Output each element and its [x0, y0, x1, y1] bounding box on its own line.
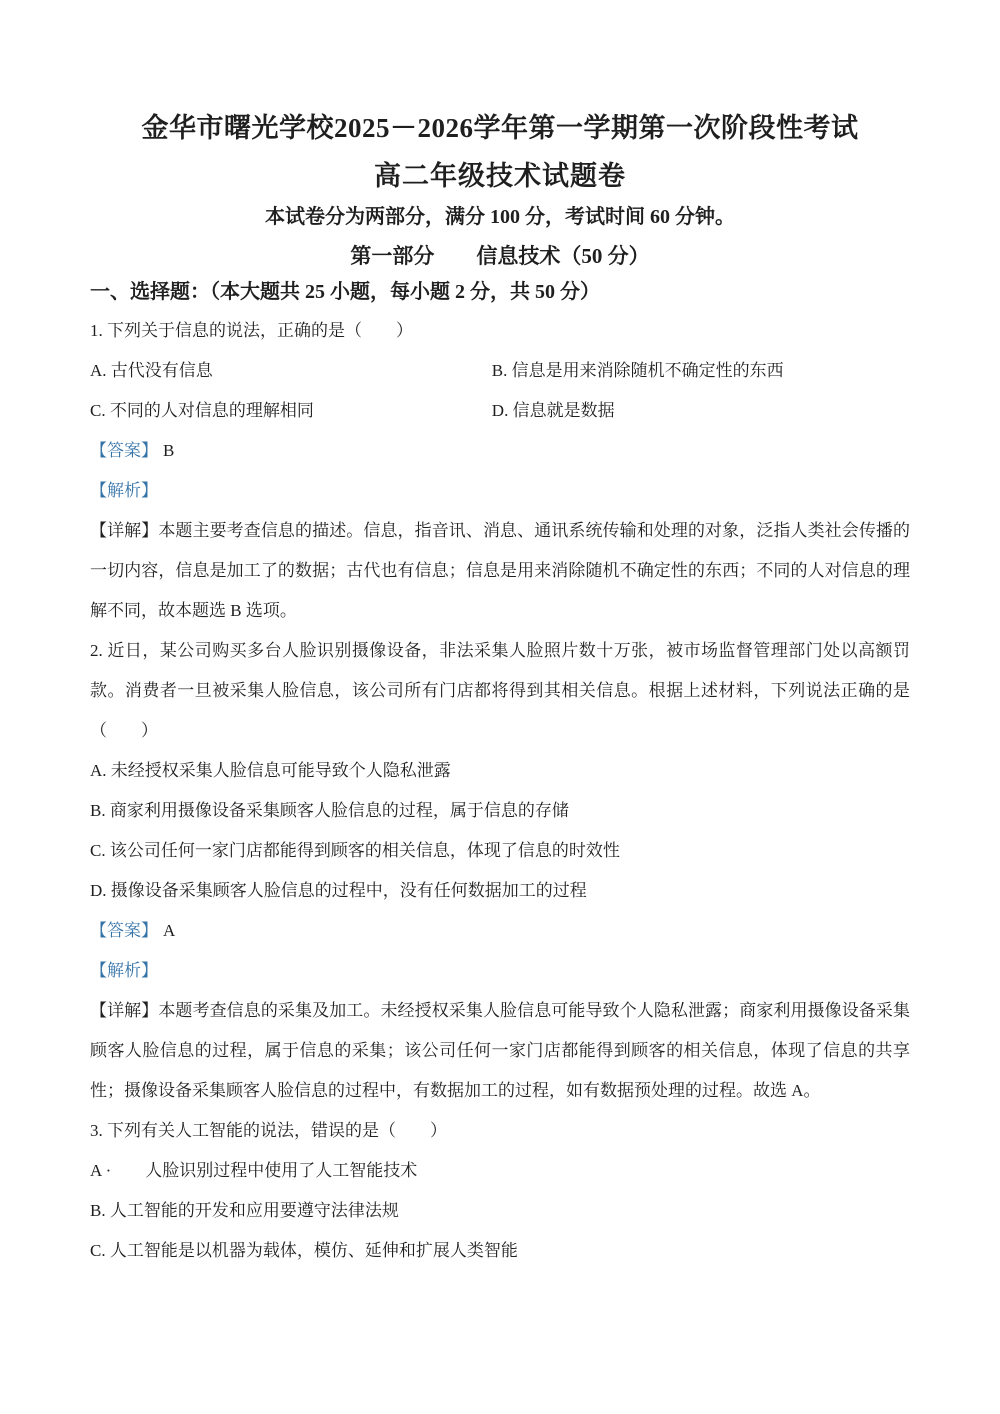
analysis-line: 【解析】 — [90, 471, 910, 511]
option-item: B. 人工智能的开发和应用要遵守法律法规 — [90, 1191, 910, 1231]
answer-label: 【答案】 — [90, 441, 158, 460]
option-item: D. 信息就是数据 — [492, 391, 910, 431]
option-item: D. 摄像设备采集顾客人脸信息的过程中，没有任何数据加工的过程 — [90, 871, 910, 911]
option-item: C. 不同的人对信息的理解相同 — [90, 391, 492, 431]
exam-title: 金华市曙光学校2025－2026学年第一学期第一次阶段性考试 — [90, 110, 910, 146]
question-block: 1. 下列关于信息的说法，正确的是（ ）A. 古代没有信息B. 信息是用来消除随… — [90, 311, 910, 631]
option-item: B. 商家利用摄像设备采集顾客人脸信息的过程，属于信息的存储 — [90, 791, 910, 831]
analysis-label: 【解析】 — [90, 481, 158, 500]
analysis-line: 【解析】 — [90, 951, 910, 991]
option-list: A · 人脸识别过程中使用了人工智能技术B. 人工智能的开发和应用要遵守法律法规… — [90, 1151, 910, 1271]
answer-line: 【答案】B — [90, 431, 910, 471]
exam-paper-page: 金华市曙光学校2025－2026学年第一学期第一次阶段性考试 高二年级技术试题卷… — [0, 0, 1000, 1414]
option-item: B. 信息是用来消除随机不确定性的东西 — [492, 351, 910, 391]
answer-line: 【答案】A — [90, 911, 910, 951]
question-stem: 2. 近日，某公司购买多台人脸识别摄像设备，非法采集人脸照片数十万张，被市场监督… — [90, 631, 910, 751]
exam-subtitle: 高二年级技术试题卷 — [90, 158, 910, 194]
question-stem: 1. 下列关于信息的说法，正确的是（ ） — [90, 311, 910, 351]
section-instruction: 一、选择题：（本大题共 25 小题，每小题 2 分，共 50 分） — [90, 277, 910, 307]
option-item: C. 人工智能是以机器为载体，模仿、延伸和扩展人类智能 — [90, 1231, 910, 1271]
detail-paragraph: 【详解】本题主要考查信息的描述。信息，指音讯、消息、通讯系统传输和处理的对象，泛… — [90, 511, 910, 631]
answer-label: 【答案】 — [90, 921, 158, 940]
question-stem: 3. 下列有关人工智能的说法，错误的是（ ） — [90, 1111, 910, 1151]
question-block: 2. 近日，某公司购买多台人脸识别摄像设备，非法采集人脸照片数十万张，被市场监督… — [90, 631, 910, 1111]
question-list: 1. 下列关于信息的说法，正确的是（ ）A. 古代没有信息B. 信息是用来消除随… — [90, 311, 910, 1271]
section-heading: 第一部分 信息技术（50 分） — [90, 241, 910, 271]
option-list: A. 古代没有信息B. 信息是用来消除随机不确定性的东西C. 不同的人对信息的理… — [90, 351, 910, 431]
analysis-label: 【解析】 — [90, 961, 158, 980]
option-item: A. 未经授权采集人脸信息可能导致个人隐私泄露 — [90, 751, 910, 791]
exam-info-line: 本试卷分为两部分，满分 100 分，考试时间 60 分钟。 — [90, 202, 910, 232]
answer-value: B — [158, 441, 174, 460]
option-item: A. 古代没有信息 — [90, 351, 492, 391]
question-block: 3. 下列有关人工智能的说法，错误的是（ ）A · 人脸识别过程中使用了人工智能… — [90, 1111, 910, 1271]
option-item: A · 人脸识别过程中使用了人工智能技术 — [90, 1151, 910, 1191]
detail-paragraph: 【详解】本题考查信息的采集及加工。未经授权采集人脸信息可能导致个人隐私泄露；商家… — [90, 991, 910, 1111]
option-item: C. 该公司任何一家门店都能得到顾客的相关信息，体现了信息的时效性 — [90, 831, 910, 871]
option-list: A. 未经授权采集人脸信息可能导致个人隐私泄露B. 商家利用摄像设备采集顾客人脸… — [90, 751, 910, 911]
answer-value: A — [158, 921, 175, 940]
